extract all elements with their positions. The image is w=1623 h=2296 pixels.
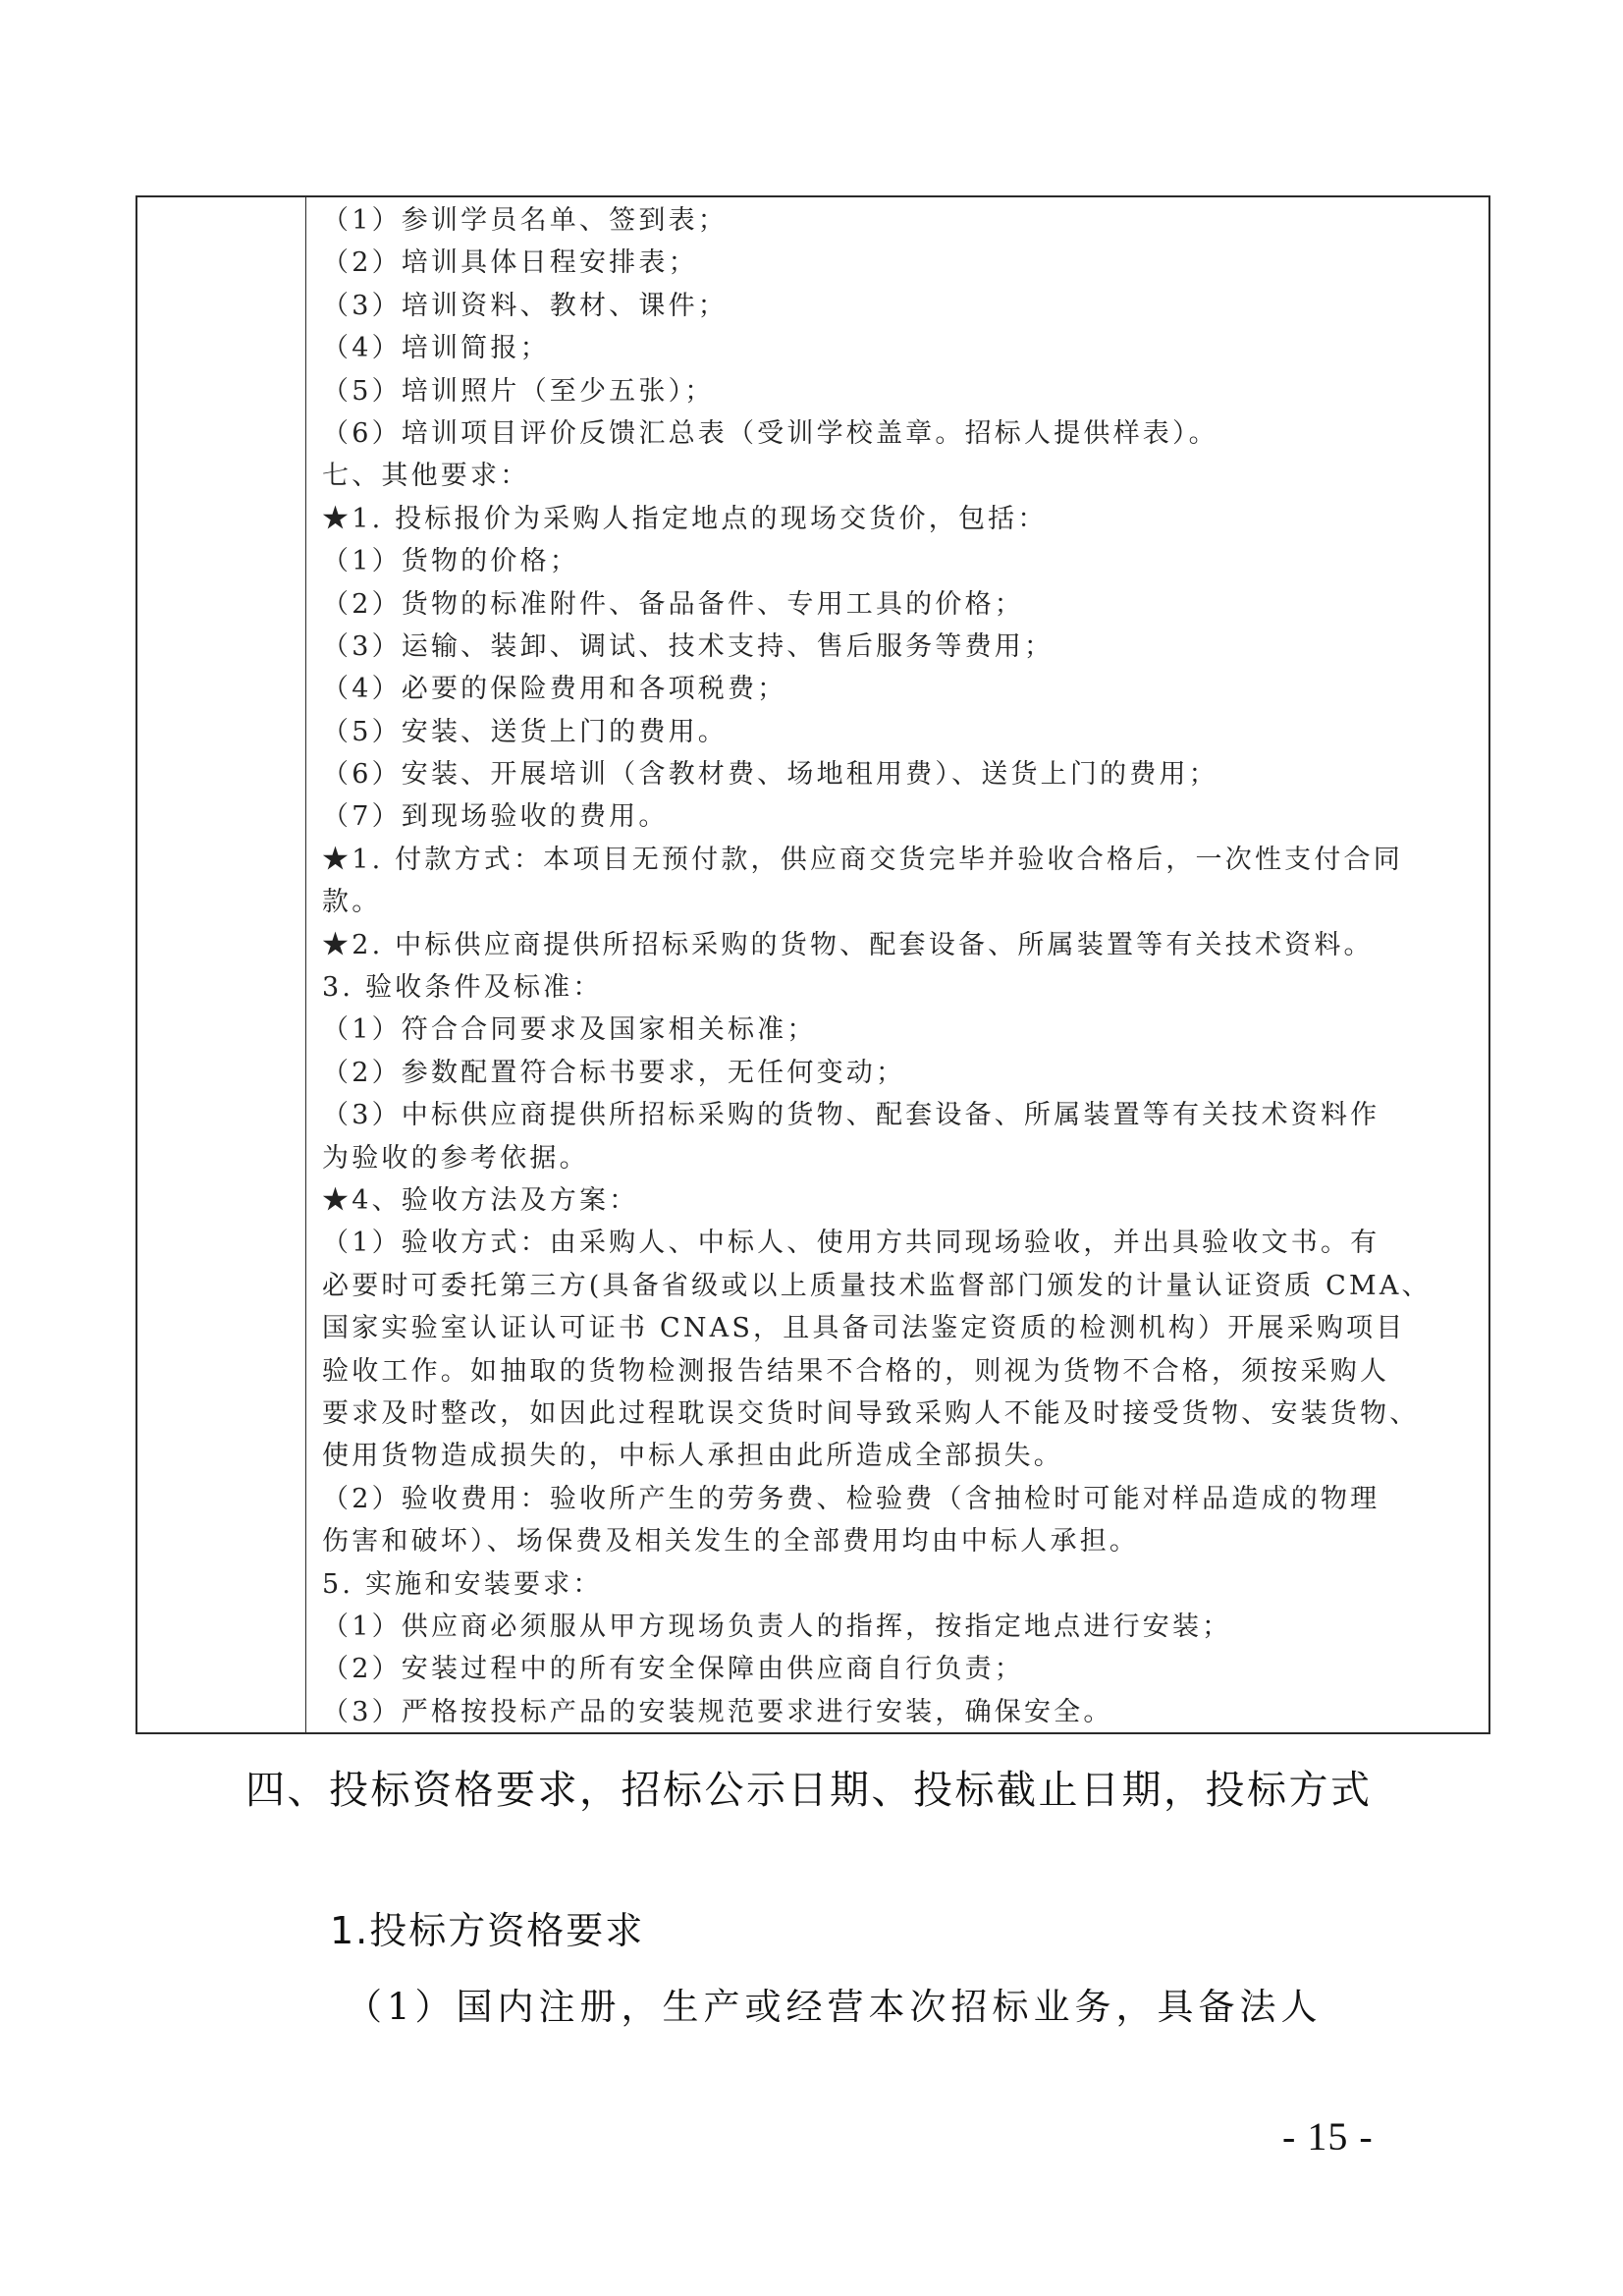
section-heading: 四、投标资格要求，招标公示日期、投标截止日期，投标方式 [245,1753,1375,1828]
requirements-table: （1）参训学员名单、签到表； （2）培训具体日程安排表； （3）培训资料、教材、… [135,195,1490,1734]
table-line: （7）到现场验收的费用。 [322,795,1479,838]
table-line: 款。 [322,881,1479,923]
table-line: （4）培训简报； [322,327,1479,369]
table-line: （1）符合合同要求及国家相关标准； [322,1009,1479,1051]
table-line: （5）安装、送货上门的费用。 [322,711,1479,753]
table-line: 必要时可委托第三方(具备省级或以上质量技术监督部门颁发的计量认证资质 CMA、 [322,1265,1479,1307]
table-line: （2）安装过程中的所有安全保障由供应商自行负责； [322,1648,1479,1690]
table-line: 国家实验室认证认可证书 CNAS，且具备司法鉴定资质的检测机构）开展采购项目 [322,1307,1479,1349]
table-line: （1）供应商必须服从甲方现场负责人的指挥，按指定地点进行安装； [322,1606,1479,1648]
table-line: （2）货物的标准附件、备品备件、专用工具的价格； [322,583,1479,626]
table-line: （6）培训项目评价反馈汇总表（受训学校盖章。招标人提供样表）。 [322,412,1479,455]
document-page: （1）参训学员名单、签到表； （2）培训具体日程安排表； （3）培训资料、教材、… [0,0,1623,2296]
table-line: （4）必要的保险费用和各项税费； [322,668,1479,710]
table-line: 七、其他要求： [322,455,1479,497]
table-line: 3. 验收条件及标准： [322,966,1479,1009]
table-line: （3）运输、装卸、调试、技术支持、售后服务等费用； [322,626,1479,668]
table-line: （3）培训资料、教材、课件； [322,285,1479,327]
sub-heading: 1.投标方资格要求 [330,1903,644,1958]
table-line: 伤害和破坏）、场保费及相关发生的全部费用均由中标人承担。 [322,1520,1479,1562]
table-line: （1）货物的价格； [322,540,1479,582]
table-content-cell: （1）参训学员名单、签到表； （2）培训具体日程安排表； （3）培训资料、教材、… [306,197,1488,1732]
table-line: 5. 实施和安装要求： [322,1563,1479,1606]
table-line: （1）验收方式：由采购人、中标人、使用方共同现场验收，并出具验收文书。有 [322,1222,1479,1264]
table-line: （6）安装、开展培训（含教材费、场地租用费）、送货上门的费用； [322,753,1479,795]
table-line: （2）参数配置符合标书要求，无任何变动； [322,1052,1479,1094]
table-line: ★4、验收方法及方案： [322,1179,1479,1222]
table-line: 为验收的参考依据。 [322,1137,1479,1179]
table-line: ★1. 付款方式：本项目无预付款，供应商交货完毕并验收合格后，一次性支付合同 [322,839,1479,881]
table-line: 验收工作。如抽取的货物检测报告结果不合格的，则视为货物不合格，须按采购人 [322,1350,1479,1393]
table-line: （1）参训学员名单、签到表； [322,199,1479,242]
page-number: - 15 - [1282,2113,1374,2159]
table-line: 要求及时整改，如因此过程耽误交货时间导致采购人不能及时接受货物、安装货物、 [322,1393,1479,1435]
table-line: （3）严格按投标产品的安装规范要求进行安装，确保安全。 [322,1691,1479,1732]
table-line: （3）中标供应商提供所招标采购的货物、配套设备、所属装置等有关技术资料作 [322,1094,1479,1136]
table-line: ★1. 投标报价为采购人指定地点的现场交货价，包括： [322,498,1479,540]
table-line: （5）培训照片（至少五张）； [322,370,1479,412]
table-line: （2）验收费用：验收所产生的劳务费、检验费（含抽检时可能对样品造成的物理 [322,1478,1479,1520]
paragraph: （1）国内注册，生产或经营本次招标业务，具备法人 [346,1980,1323,2035]
table-line: 使用货物造成损失的，中标人承担由此所造成全部损失。 [322,1435,1479,1477]
table-line: ★2. 中标供应商提供所招标采购的货物、配套设备、所属装置等有关技术资料。 [322,924,1479,966]
table-label-cell [137,197,306,1732]
table-line: （2）培训具体日程安排表； [322,242,1479,284]
